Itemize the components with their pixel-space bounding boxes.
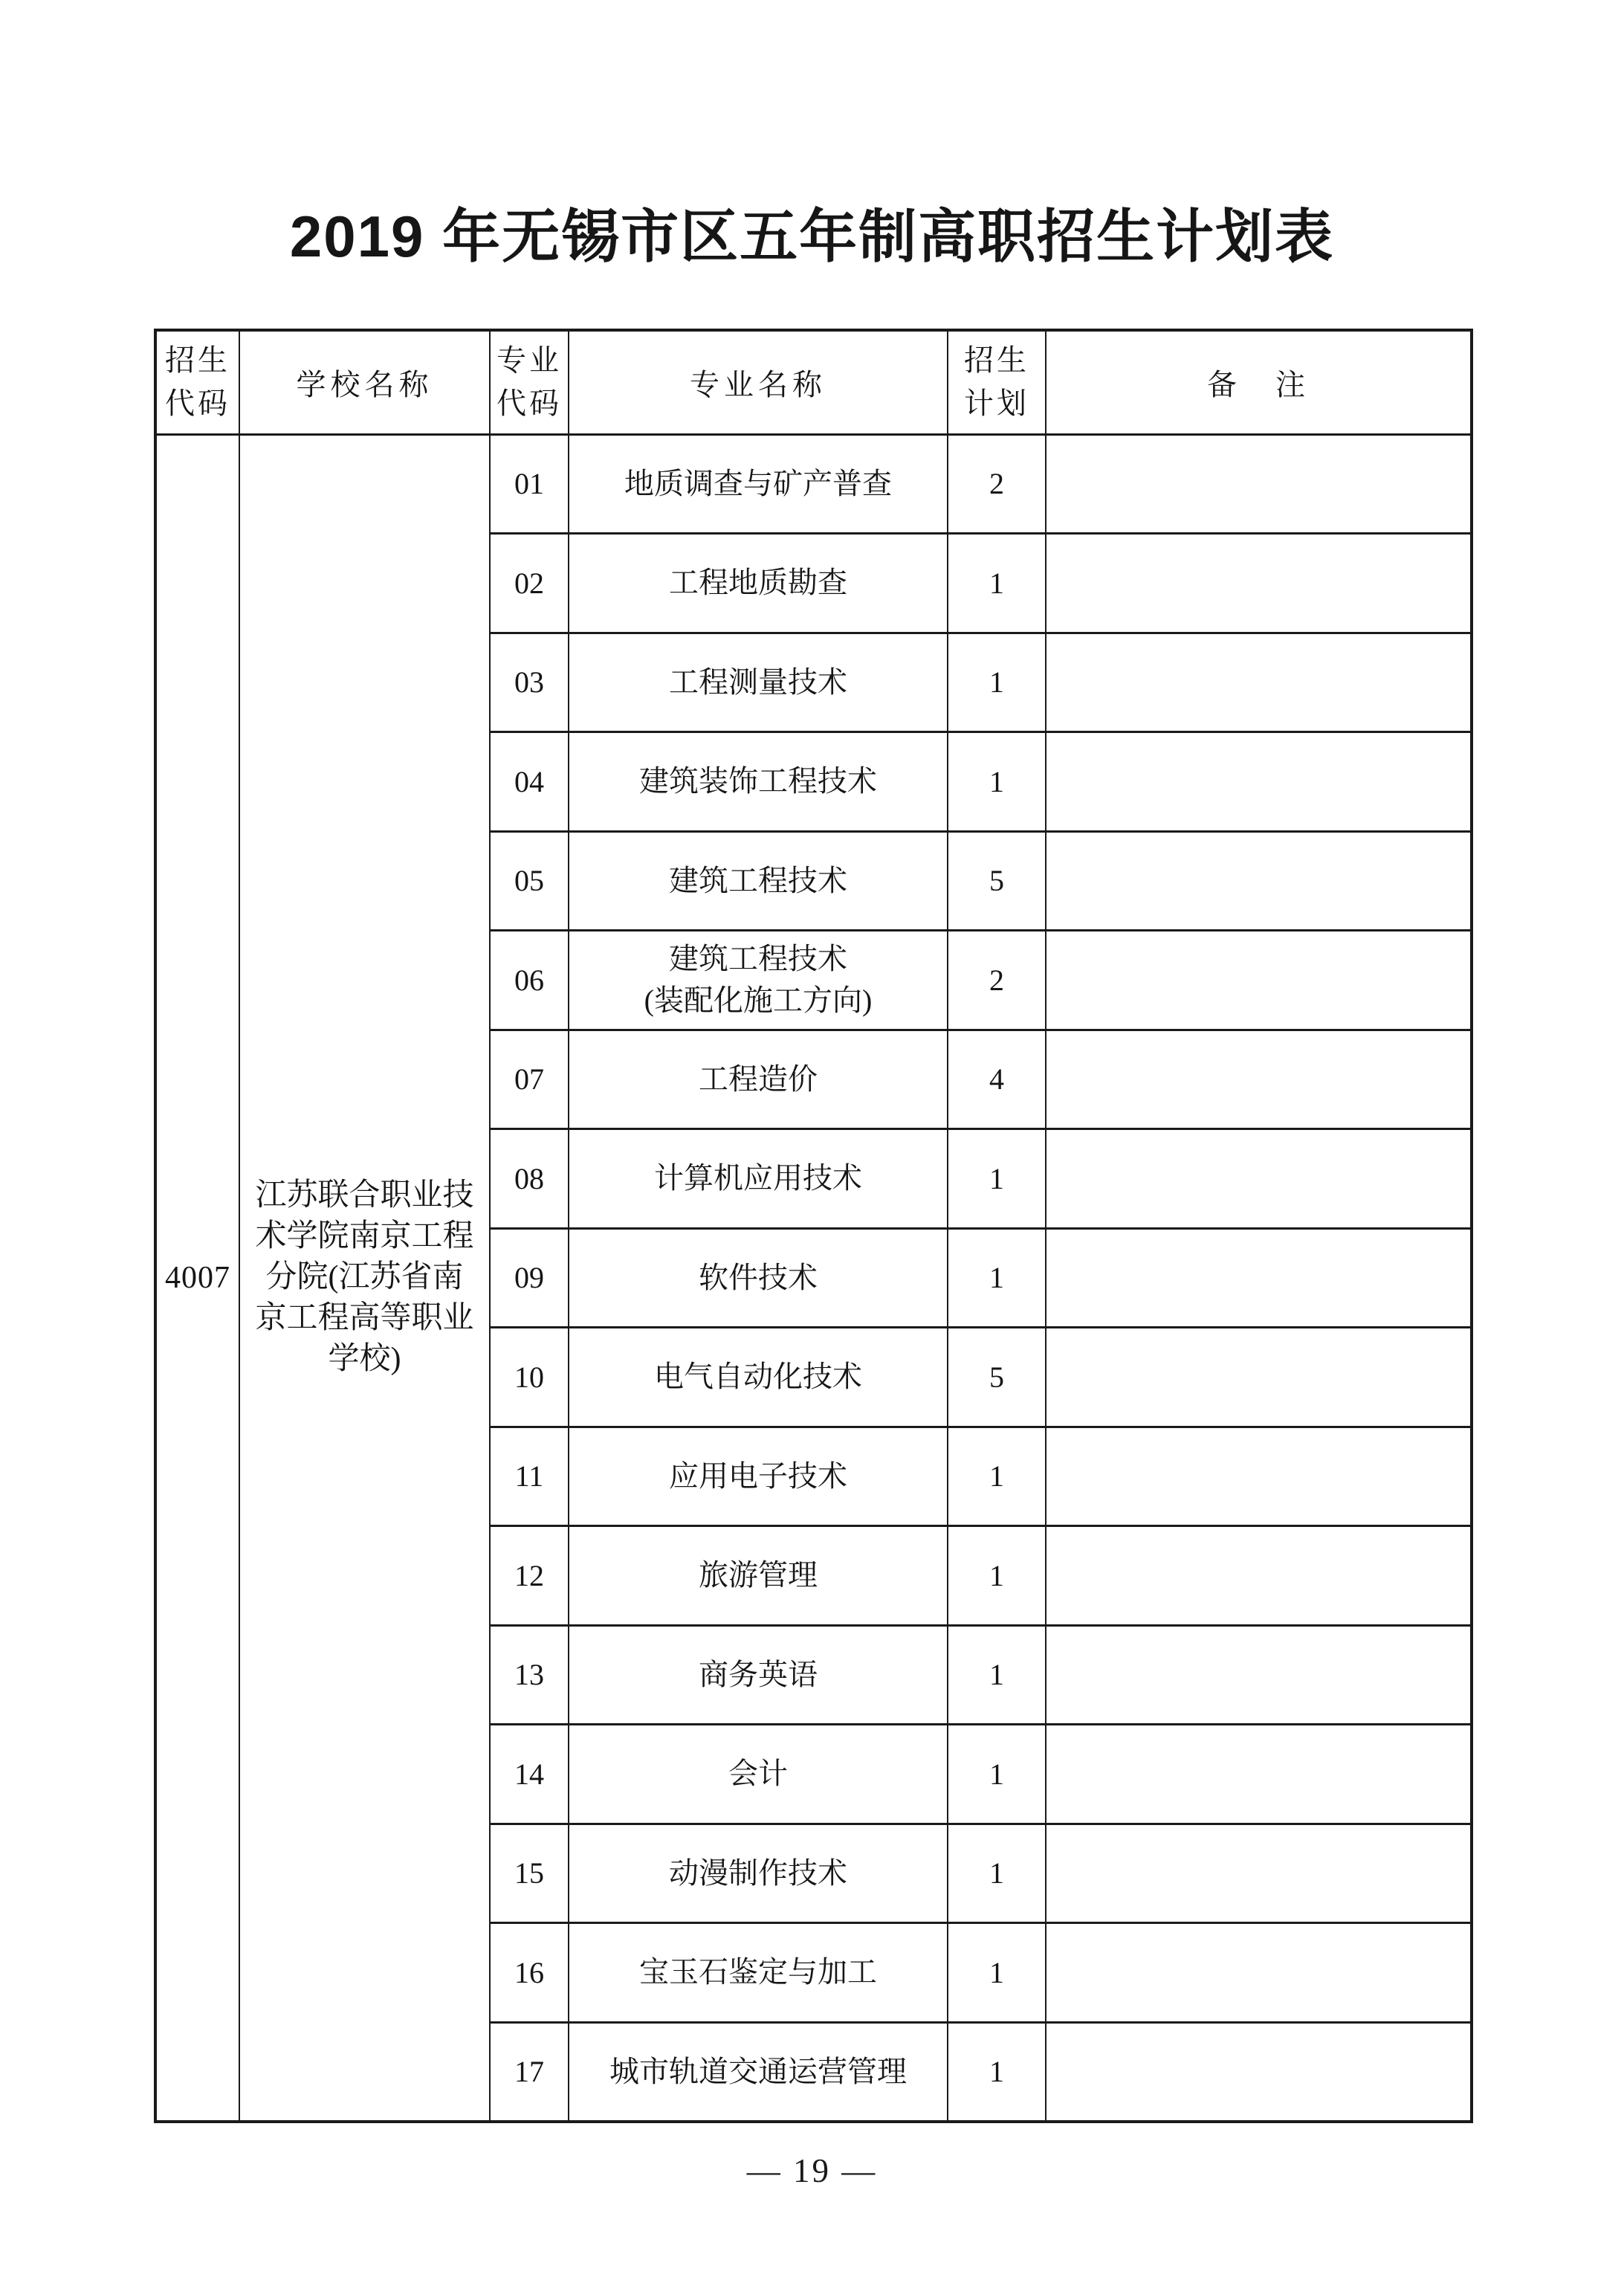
major-code-cell: 09 xyxy=(490,1228,569,1328)
table-row: 4007 江苏联合职业技 术学院南京工程 分院(江苏省南 京工程高等职业 学校)… xyxy=(155,434,1472,534)
plan-cell: 1 xyxy=(948,1725,1046,1824)
header-school-name: 学校名称 xyxy=(239,330,490,434)
school-name-cell: 江苏联合职业技 术学院南京工程 分院(江苏省南 京工程高等职业 学校) xyxy=(239,434,490,2122)
plan-cell: 1 xyxy=(948,1427,1046,1526)
major-name-cell: 商务英语 xyxy=(569,1625,948,1725)
major-code-cell: 11 xyxy=(490,1427,569,1526)
remark-cell xyxy=(1046,1526,1472,1626)
header-remark: 备 注 xyxy=(1046,330,1472,434)
plan-cell: 4 xyxy=(948,1030,1046,1129)
remark-cell xyxy=(1046,1625,1472,1725)
major-code-cell: 05 xyxy=(490,831,569,931)
plan-cell: 1 xyxy=(948,534,1046,633)
plan-cell: 5 xyxy=(948,1328,1046,1427)
plan-cell: 5 xyxy=(948,831,1046,931)
remark-cell xyxy=(1046,1725,1472,1824)
remark-cell xyxy=(1046,1030,1472,1129)
major-name-cell: 工程测量技术 xyxy=(569,633,948,732)
major-code-cell: 03 xyxy=(490,633,569,732)
remark-cell xyxy=(1046,1228,1472,1328)
plan-cell: 1 xyxy=(948,1923,1046,2023)
plan-cell: 1 xyxy=(948,1228,1046,1328)
major-name-cell: 建筑装饰工程技术 xyxy=(569,732,948,832)
major-name-cell: 工程地质勘查 xyxy=(569,534,948,633)
remark-cell xyxy=(1046,434,1472,534)
plan-cell: 1 xyxy=(948,1625,1046,1725)
major-code-cell: 13 xyxy=(490,1625,569,1725)
remark-cell xyxy=(1046,931,1472,1030)
remark-cell xyxy=(1046,1129,1472,1229)
plan-cell: 1 xyxy=(948,1526,1046,1626)
major-code-cell: 01 xyxy=(490,434,569,534)
header-enroll-plan: 招生 计划 xyxy=(948,330,1046,434)
remark-cell xyxy=(1046,732,1472,832)
plan-cell: 1 xyxy=(948,1824,1046,1923)
major-name-cell: 城市轨道交通运营管理 xyxy=(569,2022,948,2122)
major-name-cell: 会计 xyxy=(569,1725,948,1824)
major-code-cell: 15 xyxy=(490,1824,569,1923)
major-name-cell: 建筑工程技术 xyxy=(569,831,948,931)
major-code-cell: 07 xyxy=(490,1030,569,1129)
major-code-cell: 12 xyxy=(490,1526,569,1626)
major-name-cell: 建筑工程技术 (装配化施工方向) xyxy=(569,931,948,1030)
header-enroll-code: 招生 代码 xyxy=(155,330,239,434)
plan-cell: 1 xyxy=(948,1129,1046,1229)
major-code-cell: 04 xyxy=(490,732,569,832)
remark-cell xyxy=(1046,1923,1472,2023)
remark-cell xyxy=(1046,831,1472,931)
major-name-cell: 工程造价 xyxy=(569,1030,948,1129)
header-major-name: 专业名称 xyxy=(569,330,948,434)
major-name-cell: 电气自动化技术 xyxy=(569,1328,948,1427)
page-number: — 19 — xyxy=(0,2151,1624,2190)
major-name-cell: 应用电子技术 xyxy=(569,1427,948,1526)
major-name-cell: 旅游管理 xyxy=(569,1526,948,1626)
major-name-cell: 动漫制作技术 xyxy=(569,1824,948,1923)
remark-cell xyxy=(1046,633,1472,732)
remark-cell xyxy=(1046,2022,1472,2122)
header-major-code: 专业 代码 xyxy=(490,330,569,434)
plan-cell: 1 xyxy=(948,732,1046,832)
remark-cell xyxy=(1046,1427,1472,1526)
major-name-cell: 软件技术 xyxy=(569,1228,948,1328)
enrollment-plan-table: 招生 代码 学校名称 专业 代码 专业名称 招生 计划 备 注 4007 江苏联… xyxy=(154,329,1473,2123)
remark-cell xyxy=(1046,534,1472,633)
major-code-cell: 08 xyxy=(490,1129,569,1229)
document-page: 2019 年无锡市区五年制高职招生计划表 招生 代码 学校名称 专业 代码 专业… xyxy=(0,0,1624,2283)
major-name-cell: 地质调查与矿产普查 xyxy=(569,434,948,534)
plan-cell: 1 xyxy=(948,633,1046,732)
school-code-cell: 4007 xyxy=(155,434,239,2122)
major-code-cell: 02 xyxy=(490,534,569,633)
plan-cell: 2 xyxy=(948,931,1046,1030)
major-name-cell: 宝玉石鉴定与加工 xyxy=(569,1923,948,2023)
major-name-cell: 计算机应用技术 xyxy=(569,1129,948,1229)
major-code-cell: 16 xyxy=(490,1923,569,2023)
header-row: 招生 代码 学校名称 专业 代码 专业名称 招生 计划 备 注 xyxy=(155,330,1472,434)
remark-cell xyxy=(1046,1328,1472,1427)
major-code-cell: 10 xyxy=(490,1328,569,1427)
major-code-cell: 06 xyxy=(490,931,569,1030)
page-title: 2019 年无锡市区五年制高职招生计划表 xyxy=(0,199,1624,274)
major-code-cell: 17 xyxy=(490,2022,569,2122)
remark-cell xyxy=(1046,1824,1472,1923)
plan-cell: 1 xyxy=(948,2022,1046,2122)
major-code-cell: 14 xyxy=(490,1725,569,1824)
plan-cell: 2 xyxy=(948,434,1046,534)
